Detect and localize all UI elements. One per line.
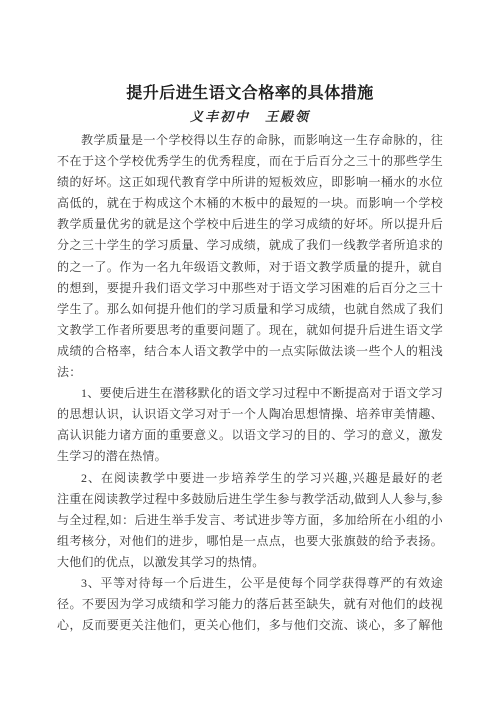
document-title: 提升后进生语文合格率的具体措施 — [0, 0, 500, 103]
document-page: 提升后进生语文合格率的具体措施 义丰初中 王殿领 教学质量是一个学校得以生存的命… — [0, 0, 500, 707]
text-line: 绩的好坏。这正如现代教育学中所讲的短板效应，即影响一桶水的水位的 — [57, 172, 443, 193]
text-line: 的之一了。作为一名九年级语文教师，对于语文教学质量的提升，就自然 — [57, 257, 443, 278]
text-line: 生学习的潜在热情。 — [57, 446, 443, 467]
text-line: 不在于这个学校优秀学生的优秀程度，而在于后百分之三十的那些学生成 — [57, 151, 443, 172]
text-line: 分之三十学生的学习质量、学习成绩，就成了我们一线教学者所追求的目 — [57, 235, 443, 256]
text-line: 径。不要因为学习成绩和学习能力的落后甚至缺失，就有对他们的歧视之 — [57, 594, 443, 615]
text-line: 的想到，要提升我们语文学习中那些对于语文学习困难的后百分之三十的 — [57, 278, 443, 299]
text-line: 高低的，就在于构成这个木桶的木板中的最短的一块。而影响一个学校的 — [57, 193, 443, 214]
text-line: 1、要使后进生在潜移默化的语文学习过程中不断提高对于语文学习 — [57, 383, 443, 404]
document-byline: 义丰初中 王殿领 — [0, 109, 500, 124]
text-line: 3、平等对待每一个后进生，公平是使每个同学获得尊严的有效途 — [57, 573, 443, 594]
text-line: 法： — [57, 362, 443, 383]
text-line: 组考核分，对他们的进步，哪怕是一点点，也要大张旗鼓的给予表扬。放 — [57, 531, 443, 552]
text-line: 学生了。那么如何提升他们的学习质量和学习成绩，也就自然成了我们语 — [57, 299, 443, 320]
text-line: 教学质量是一个学校得以生存的命脉，而影响这一生存命脉的，往往 — [57, 130, 443, 151]
text-line: 心，反而要更关注他们，更关心他们，多与他们交流、谈心，多了解他们 — [57, 615, 443, 636]
text-line: 文教学工作者所要思考的重要问题了。现在，就如何提升后进生语文学习 — [57, 320, 443, 341]
text-line: 与全过程,如：后进生举手发言、考试进步等方面，多加给所在小组的小 — [57, 510, 443, 531]
text-line: 成绩的合格率，结合本人语文教学中的一点实际做法谈一些个人的粗浅看 — [57, 341, 443, 362]
text-line: 注重在阅读教学过程中多鼓励后进生学生参与教学活动,做到人人参与,参 — [57, 489, 443, 510]
document-body: 教学质量是一个学校得以生存的命脉，而影响这一生存命脉的，往往不在于这个学校优秀学… — [57, 130, 443, 636]
text-line: 的思想认识，认识语文学习对于一个人陶冶思想情操、培养审美情趣、提 — [57, 404, 443, 425]
text-line: 教学质量优劣的就是这个学校中后进生的学习成绩的好坏。所以提升后百 — [57, 214, 443, 235]
text-line: 高认识能力诸方面的重要意义。以语文学习的目的、学习的意义，激发学 — [57, 425, 443, 446]
text-line: 2、在阅读教学中要进一步培养学生的学习兴趣,兴趣是最好的老师。 — [57, 468, 443, 489]
text-line: 大他们的优点，以激发其学习的热情。 — [57, 552, 443, 573]
